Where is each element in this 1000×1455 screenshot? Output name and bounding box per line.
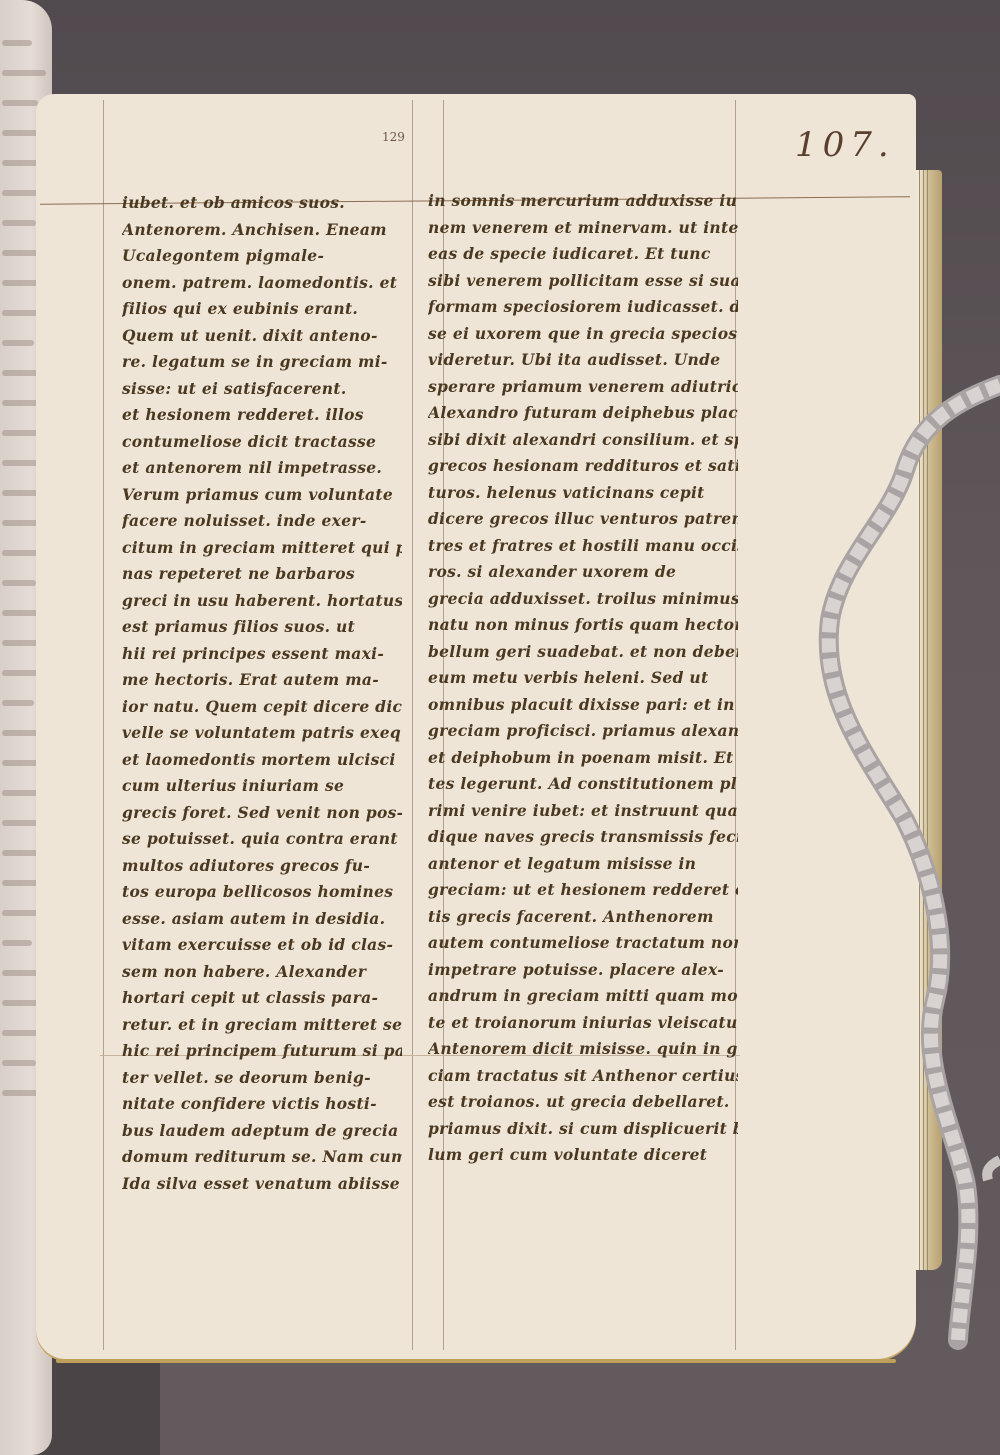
folio-number: 107.: [795, 125, 895, 165]
text-line: retur. et in greciam mitteret se: [122, 1012, 402, 1039]
text-line: tres et fratres et hostili manu occisu-: [428, 533, 738, 560]
text-line: ros. si alexander uxorem de: [428, 559, 738, 586]
text-column-right: in somnis mercurium adduxisse iuno- nem …: [428, 188, 738, 1169]
text-line: Quem ut uenit. dixit anteno-: [122, 323, 402, 350]
text-line: multos adiutores grecos fu-: [122, 853, 402, 880]
text-line: onem. patrem. laomedontis. et ob: [122, 270, 402, 297]
text-line: antenor et legatum misisse in: [428, 851, 738, 878]
ruling-line: [103, 100, 104, 1350]
text-line: autem contumeliose tractatum non posse: [428, 930, 738, 957]
text-line: grecis foret. Sed venit non pos-: [122, 800, 402, 827]
text-line: domum rediturum se. Nam cum in: [122, 1144, 402, 1171]
text-line: et antenorem nil impetrasse.: [122, 455, 402, 482]
text-line: est troianos. ut grecia debellaret.: [428, 1089, 738, 1116]
text-line: hii rei principes essent maxi-: [122, 641, 402, 668]
text-line: andrum in greciam mitti quam mori: [428, 983, 738, 1010]
text-line: ior natu. Quem cepit dicere dice-: [122, 694, 402, 721]
text-line: sibi dixit alexandri consilium. et spera…: [428, 427, 738, 454]
text-line: eum metu verbis heleni. Sed ut: [428, 665, 738, 692]
text-line: me hectoris. Erat autem ma-: [122, 667, 402, 694]
text-line: bellum geri suadebat. et non debere: [428, 639, 738, 666]
text-line: sisse: ut ei satisfacerent.: [122, 376, 402, 403]
text-line: est priamus filios suos. ut: [122, 614, 402, 641]
text-line: se ei uxorem que in grecia speciosior: [428, 321, 738, 348]
text-line: te et troianorum iniurias vleiscatur.: [428, 1010, 738, 1037]
ruling-line: [412, 100, 413, 1350]
text-line: sperare priamum venerem adiutricem: [428, 374, 738, 401]
text-line: grecos hesionam reddituros et satisfac-: [428, 453, 738, 480]
text-line: nem venerem et minervam. ut inter: [428, 215, 738, 242]
text-line: tis grecis facerent. Anthenorem: [428, 904, 738, 931]
text-line: rimi venire iubet: et instruunt quas un-: [428, 798, 738, 825]
text-line: facere noluisset. inde exer-: [122, 508, 402, 535]
text-line: greciam proficisci. priamus alexandrum: [428, 718, 738, 745]
text-line: hortari cepit ut classis para-: [122, 985, 402, 1012]
text-line: natu non minus fortis quam hector: [428, 612, 738, 639]
text-line: Alexandro futuram deiphebus placere: [428, 400, 738, 427]
text-line: Ida silva esset venatum abiisse: [122, 1171, 402, 1198]
text-line: omnibus placuit dixisse pari: et in: [428, 692, 738, 719]
text-line: videretur. Ubi ita audisset. Unde: [428, 347, 738, 374]
text-line: ciam tractatus sit Anthenor certius: [428, 1063, 738, 1090]
text-line: eas de specie iudicaret. Et tunc: [428, 241, 738, 268]
text-line: Verum priamus cum voluntate: [122, 482, 402, 509]
text-column-left: iubet. et ob amicos suos. Antenorem. Anc…: [122, 190, 402, 1197]
text-line: tes legerunt. Ad constitutionem plu-: [428, 771, 738, 798]
text-line: nitate confidere victis hosti-: [122, 1091, 402, 1118]
text-line: et deiphobum in poenam misit. Et milli-: [428, 745, 738, 772]
text-line: turos. helenus vaticinans cepit: [428, 480, 738, 507]
text-line: dicere grecos illuc venturos patrem: [428, 506, 738, 533]
text-line: in somnis mercurium adduxisse iuno-: [428, 188, 738, 215]
text-line: filios qui ex eubinis erant.: [122, 296, 402, 323]
text-line: lum geri cum voluntate diceret: [428, 1142, 738, 1169]
text-line: cum ulterius iniuriam se: [122, 773, 402, 800]
text-line: iubet. et ob amicos suos.: [122, 190, 402, 217]
text-line: et laomedontis mortem ulcisci: [122, 747, 402, 774]
text-line: citum in greciam mitteret qui pe-: [122, 535, 402, 562]
text-line: sem non habere. Alexander: [122, 959, 402, 986]
text-line: esse. asiam autem in desidia.: [122, 906, 402, 933]
text-line: ter vellet. se deorum benig-: [122, 1065, 402, 1092]
old-foliation-number: 129: [382, 130, 405, 144]
text-line: tos europa bellicosos homines: [122, 879, 402, 906]
text-line: Antenorem. Anchisen. Eneam: [122, 217, 402, 244]
text-line: se potuisset. quia contra erant: [122, 826, 402, 853]
text-line: priamus dixit. si cum displicuerit bel-: [428, 1116, 738, 1143]
text-line: bus laudem adeptum de grecia: [122, 1118, 402, 1145]
text-line: Antenorem dicit misisse. quin in gre-: [428, 1036, 738, 1063]
text-line: vitam exercuisse et ob id clas-: [122, 932, 402, 959]
text-line: velle se voluntatem patris exequi.: [122, 720, 402, 747]
text-line: formam speciosiorem iudicasset. daturam: [428, 294, 738, 321]
text-line: contumeliose dicit tractasse: [122, 429, 402, 456]
text-line: greci in usu haberent. hortatus: [122, 588, 402, 615]
text-line: greciam: ut et hesionem redderet et sa-: [428, 877, 738, 904]
text-line: hic rei principem futurum si pa-: [122, 1038, 402, 1065]
text-line: Ucalegontem pigmale-: [122, 243, 402, 270]
text-line: et hesionem redderet. illos: [122, 402, 402, 429]
text-line: dique naves grecis transmissis fecissent…: [428, 824, 738, 851]
text-line: grecia adduxisset. troilus minimus: [428, 586, 738, 613]
text-line: nas repeteret ne barbaros: [122, 561, 402, 588]
text-line: impetrare potuisse. placere alex-: [428, 957, 738, 984]
text-line: sibi venerem pollicitam esse si suam: [428, 268, 738, 295]
text-line: re. legatum se in greciam mi-: [122, 349, 402, 376]
